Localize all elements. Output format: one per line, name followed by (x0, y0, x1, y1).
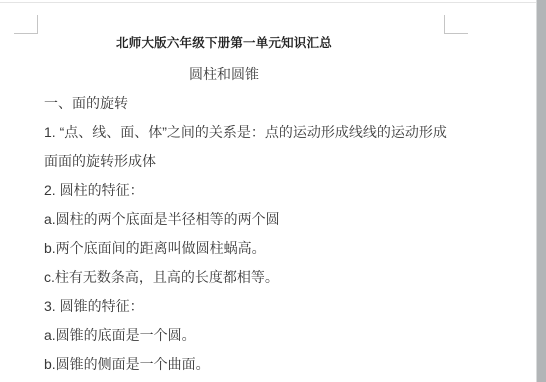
window-top-divider (0, 2, 537, 3)
text-line-cylinder-features-heading: 2. 圆柱的特征： (44, 175, 444, 204)
text-line-cone-features-heading: 3. 圆锥的特征： (44, 291, 444, 320)
page-subtitle: 圆柱和圆锥 (44, 64, 404, 84)
text-line-cylinder-feature-c: c.柱有无数条高，且高的长度都相等。 (44, 262, 444, 291)
vertical-scrollbar-thumb[interactable] (537, 0, 546, 382)
text-line-point-relation-cont: 面面的旋转形成体 (44, 146, 444, 175)
text-line-point-relation: 1. “点、线、面、体”之间的关系是：点的运动形成线线的运动形成 (44, 117, 444, 146)
text-line-cone-feature-a: a.圆锥的底面是一个圆。 (44, 320, 444, 349)
text-line-cone-feature-b: b.圆锥的侧面是一个曲面。 (44, 349, 444, 378)
vertical-scrollbar[interactable] (536, 0, 546, 382)
text-line-cylinder-feature-a: a.圆柱的两个底面是半径相等的两个圆 (44, 204, 444, 233)
page-margin-mark-top-right (444, 15, 468, 34)
text-line-heading-1: 一、面的旋转 (44, 88, 444, 117)
document-viewer: 北师大版六年级下册第一单元知识汇总 圆柱和圆锥 一、面的旋转 1. “点、线、面… (0, 0, 546, 382)
text-line-cylinder-feature-b: b.两个底面间的距离叫做圆柱蜗高。 (44, 233, 444, 262)
document-body: 一、面的旋转 1. “点、线、面、体”之间的关系是：点的运动形成线线的运动形成 … (44, 88, 444, 378)
page-margin-mark-top-left (14, 15, 38, 34)
page-title: 北师大版六年级下册第一单元知识汇总 (44, 33, 404, 51)
